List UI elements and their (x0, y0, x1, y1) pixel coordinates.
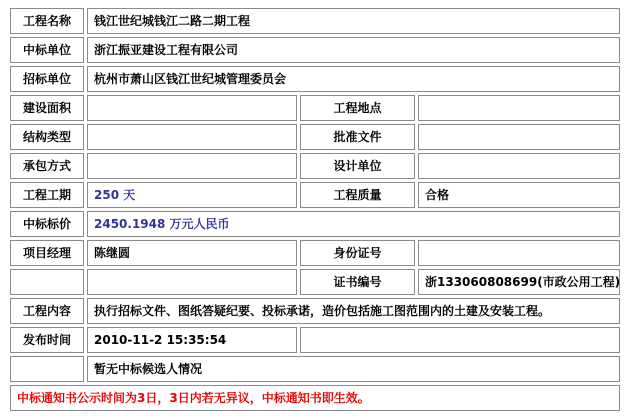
approval-document-value (418, 124, 620, 150)
project-quality-value: 合格 (418, 182, 620, 208)
row-structure-approval: 结构类型 批准文件 (10, 124, 620, 150)
winning-price-value: 2450.1948 万元人民币 (87, 211, 620, 237)
project-location-label: 工程地点 (300, 95, 415, 121)
design-unit-value (418, 153, 620, 179)
design-unit-label: 设计单位 (300, 153, 415, 179)
row-certificate: 证书编号 浙133060808699(市政公用工程) (10, 269, 620, 295)
contracting-method-label: 承包方式 (10, 153, 84, 179)
structure-type-label: 结构类型 (10, 124, 84, 150)
row-winning-bidder: 中标单位 浙江振亚建设工程有限公司 (10, 37, 620, 63)
row-winning-price: 中标标价 2450.1948 万元人民币 (10, 211, 620, 237)
certificate-number-label: 证书编号 (300, 269, 415, 295)
row-manager-id: 项目经理 陈继圆 身份证号 (10, 240, 620, 266)
id-number-label: 身份证号 (300, 240, 415, 266)
empty-label-cell (10, 269, 84, 295)
winning-bidder-label: 中标单位 (10, 37, 84, 63)
winning-price-label: 中标标价 (10, 211, 84, 237)
project-duration-value: 250 天 (87, 182, 297, 208)
certificate-number-value: 浙133060808699(市政公用工程) (418, 269, 620, 295)
id-number-value (418, 240, 620, 266)
candidates-note-value: 暂无中标候选人情况 (87, 356, 620, 382)
project-name-label: 工程名称 (10, 8, 84, 34)
row-publish-time: 发布时间 2010-11-2 15:35:54 (10, 327, 620, 353)
row-duration-quality: 工程工期 250 天 工程质量 合格 (10, 182, 620, 208)
tendering-unit-label: 招标单位 (10, 66, 84, 92)
publish-time-label: 发布时间 (10, 327, 84, 353)
empty-right-cell (300, 327, 620, 353)
empty-value-cell (87, 269, 297, 295)
project-content-value: 执行招标文件、图纸答疑纪要、投标承诺，造价包括施工图范围内的土建及安装工程。 (87, 298, 620, 324)
publish-time-value: 2010-11-2 15:35:54 (87, 327, 297, 353)
project-duration-label: 工程工期 (10, 182, 84, 208)
row-candidates-note: 暂无中标候选人情况 (10, 356, 620, 382)
project-quality-label: 工程质量 (300, 182, 415, 208)
winning-bidder-value: 浙江振亚建设工程有限公司 (87, 37, 620, 63)
structure-type-value (87, 124, 297, 150)
tendering-unit-value: 杭州市萧山区钱江世纪城管理委员会 (87, 66, 620, 92)
row-area-location: 建设面积 工程地点 (10, 95, 620, 121)
row-tendering-unit: 招标单位 杭州市萧山区钱江世纪城管理委员会 (10, 66, 620, 92)
project-manager-label: 项目经理 (10, 240, 84, 266)
bid-info-table: 工程名称 钱江世纪城钱江二路二期工程 中标单位 浙江振亚建设工程有限公司 招标单… (7, 5, 623, 414)
construction-area-value (87, 95, 297, 121)
notice-text: 中标通知书公示时间为3日，3日内若无异议，中标通知书即生效。 (10, 385, 620, 411)
empty-label-cell (10, 356, 84, 382)
project-name-value: 钱江世纪城钱江二路二期工程 (87, 8, 620, 34)
row-notice: 中标通知书公示时间为3日，3日内若无异议，中标通知书即生效。 (10, 385, 620, 411)
project-content-label: 工程内容 (10, 298, 84, 324)
row-contract-design: 承包方式 设计单位 (10, 153, 620, 179)
approval-document-label: 批准文件 (300, 124, 415, 150)
row-project-content: 工程内容 执行招标文件、图纸答疑纪要、投标承诺，造价包括施工图范围内的土建及安装… (10, 298, 620, 324)
project-location-value (418, 95, 620, 121)
construction-area-label: 建设面积 (10, 95, 84, 121)
contracting-method-value (87, 153, 297, 179)
project-manager-value: 陈继圆 (87, 240, 297, 266)
bid-announcement-page: 工程名称 钱江世纪城钱江二路二期工程 中标单位 浙江振亚建设工程有限公司 招标单… (0, 0, 630, 420)
row-project-name: 工程名称 钱江世纪城钱江二路二期工程 (10, 8, 620, 34)
